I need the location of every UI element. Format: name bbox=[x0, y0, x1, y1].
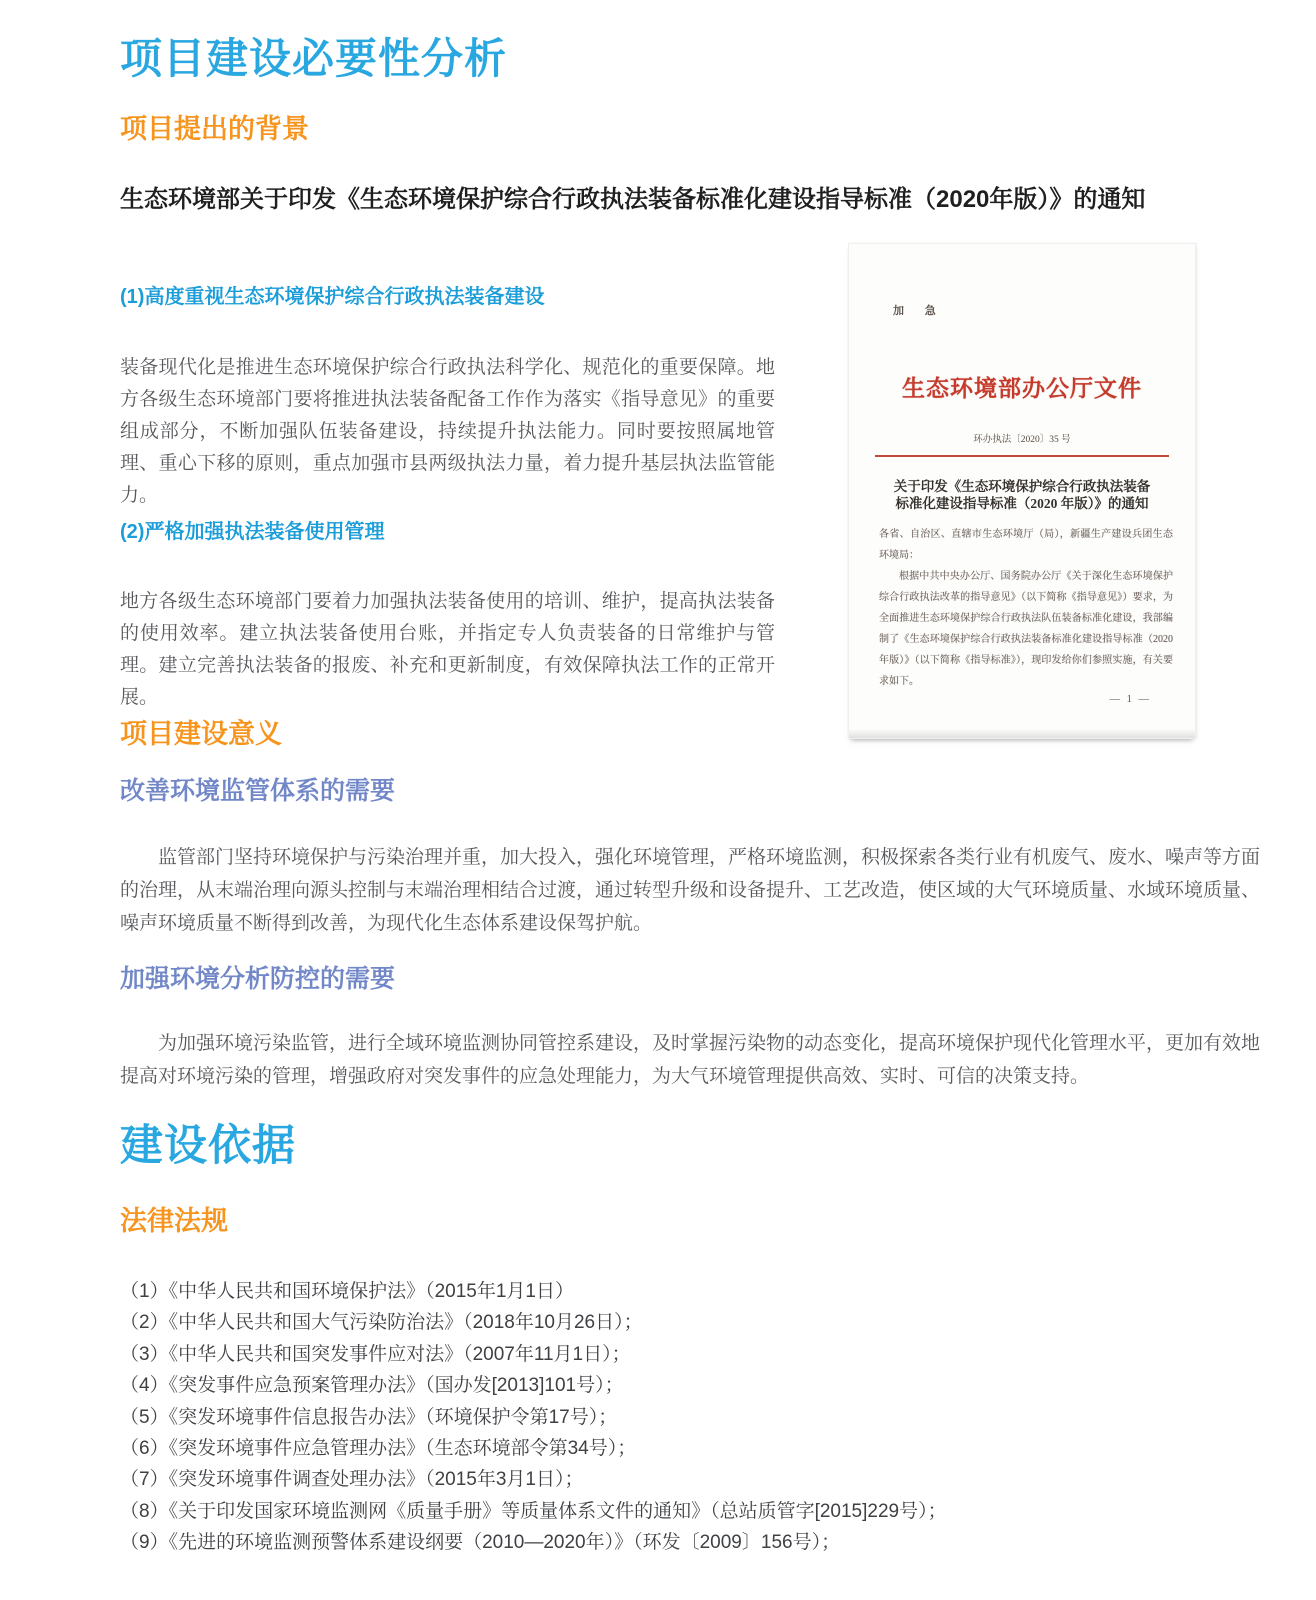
significance-1-body: 监管部门坚持环境保护与污染治理并重，加大投入，强化环境管理，严格环境监测，积极探… bbox=[120, 841, 1260, 940]
heading-laws: 法律法规 bbox=[120, 1204, 228, 1239]
law-item: （3）《中华人民共和国突发事件应对法》（2007年11月1日）； bbox=[120, 1339, 1260, 1370]
law-item: （6）《突发环境事件应急管理办法》（生态环境部令第34号）； bbox=[120, 1433, 1260, 1464]
document-title: 关于印发《生态环境保护综合行政执法装备 标准化建设指导标准（2020 年版）》的… bbox=[863, 478, 1181, 512]
law-item: （5）《突发环境事件信息报告办法》（环境保护令第17号）； bbox=[120, 1402, 1260, 1433]
law-item: （4）《突发事件应急预案管理办法》（国办发[2013]101号）； bbox=[120, 1370, 1260, 1401]
page-title-necessity: 项目建设必要性分析 bbox=[120, 35, 507, 82]
point-1-heading: (1)高度重视生态环境保护综合行政执法装备建设 bbox=[120, 283, 544, 311]
significance-2-body: 为加强环境污染监管，进行全域环境监测协同管控系建设，及时掌握污染物的动态变化，提… bbox=[120, 1027, 1260, 1093]
heading-project-significance: 项目建设意义 bbox=[120, 717, 282, 752]
document-body: 各省、自治区、直辖市生态环境厅（局），新疆生产建设兵团生态环境局： 根据中共中央… bbox=[879, 524, 1173, 692]
heading-project-background: 项目提出的背景 bbox=[120, 112, 309, 147]
page-title-basis: 建设依据 bbox=[120, 1122, 296, 1170]
point-2-body: 地方各级生态环境部门要着力加强执法装备使用的培训、维护，提高执法装备的使用效率。… bbox=[120, 586, 775, 714]
scanned-official-document: 加 急 生态环境部办公厅文件 环办执法〔2020〕35 号 关于印发《生态环境保… bbox=[848, 243, 1196, 739]
point-2-heading: (2)严格加强执法装备使用管理 bbox=[120, 518, 384, 546]
document-recipients: 各省、自治区、直辖市生态环境厅（局），新疆生产建设兵团生态环境局： bbox=[879, 524, 1173, 566]
law-item: （9）《先进的环境监测预警体系建设纲要（2010—2020年）》（环发〔2009… bbox=[120, 1527, 1260, 1558]
red-divider bbox=[875, 455, 1169, 457]
law-item: （1）《中华人民共和国环境保护法》（2015年1月1日） bbox=[120, 1276, 1260, 1307]
urgency-stamp: 加 急 bbox=[893, 302, 945, 318]
document-number: 环办执法〔2020〕35 号 bbox=[849, 431, 1195, 445]
document-body-paragraph: 根据中共中央办公厅、国务院办公厅《关于深化生态环境保护综合行政执法改革的指导意见… bbox=[879, 566, 1173, 692]
significance-1-heading: 改善环境监管体系的需要 bbox=[120, 775, 395, 807]
document-page-number: — 1 — bbox=[1110, 694, 1152, 705]
law-item: （7）《突发环境事件调查处理办法》（2015年3月1日）； bbox=[120, 1464, 1260, 1495]
report-page: 项目建设必要性分析 项目提出的背景 生态环境部关于印发《生态环境保护综合行政执法… bbox=[0, 0, 1316, 1600]
notice-title: 生态环境部关于印发《生态环境保护综合行政执法装备标准化建设指导标准（2020年版… bbox=[120, 183, 1260, 217]
point-1-body: 装备现代化是推进生态环境保护综合行政执法科学化、规范化的重要保障。地方各级生态环… bbox=[120, 352, 775, 512]
laws-list: （1）《中华人民共和国环境保护法》（2015年1月1日） （2）《中华人民共和国… bbox=[120, 1276, 1260, 1559]
law-item: （8）《关于印发国家环境监测网《质量手册》等质量体系文件的通知》（总站质管字[2… bbox=[120, 1496, 1260, 1527]
document-title-line1: 关于印发《生态环境保护综合行政执法装备 bbox=[894, 479, 1151, 494]
significance-2-heading: 加强环境分析防控的需要 bbox=[120, 963, 395, 995]
document-letterhead: 生态环境部办公厅文件 bbox=[849, 370, 1195, 403]
document-title-line2: 标准化建设指导标准（2020 年版）》的通知 bbox=[895, 496, 1148, 511]
law-item: （2）《中华人民共和国大气污染防治法》（2018年10月26日）； bbox=[120, 1307, 1260, 1338]
